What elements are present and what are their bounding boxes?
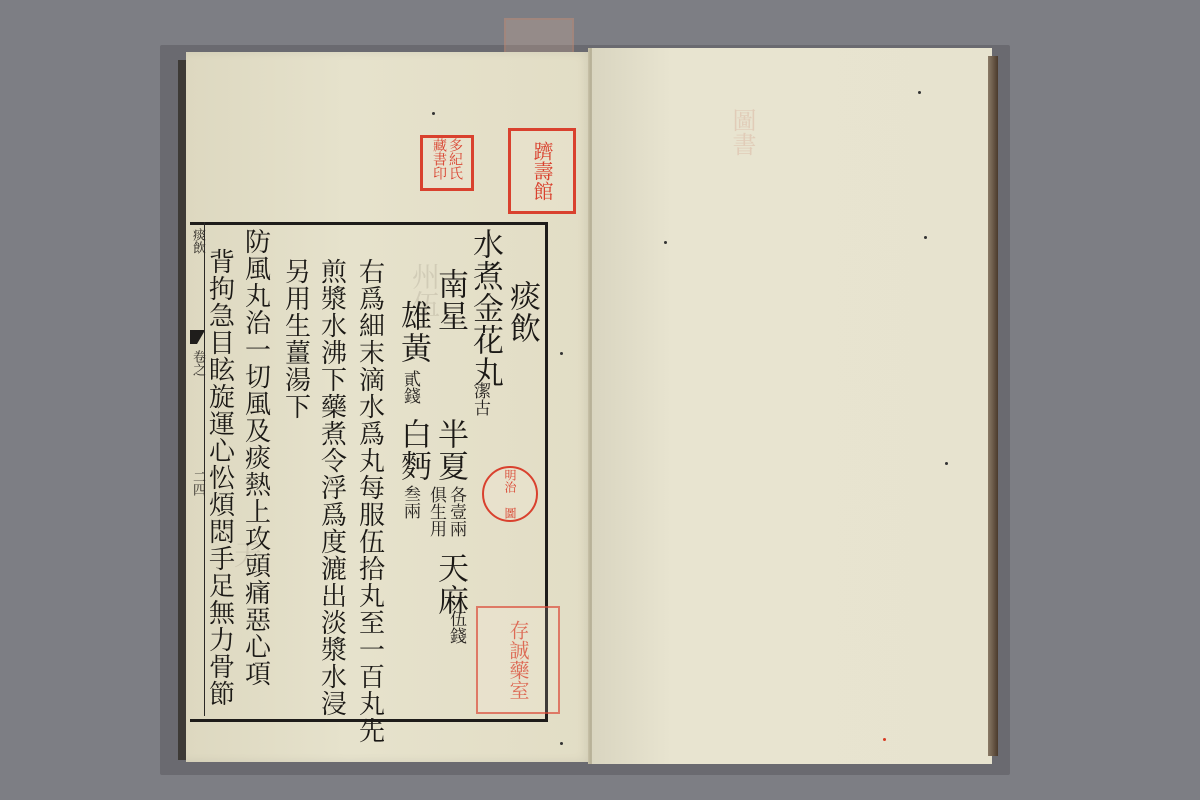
paper-speck <box>664 241 667 244</box>
paper-speck <box>945 462 948 465</box>
recipe-name: 水煮金花丸 <box>468 228 502 388</box>
seal-square-2: 躋壽館 <box>508 128 576 214</box>
fishtail-mark <box>190 332 204 344</box>
instructions-line-1: 右爲細末滴水爲丸每服伍拾丸至一百丸先 <box>356 258 382 744</box>
paper-speck <box>918 91 921 94</box>
right-page <box>592 48 992 764</box>
section-title: 痰飲 <box>505 280 539 344</box>
right-page-offset-seal: 圖書 <box>726 108 758 156</box>
ingredient-baimian: 白麪 <box>396 418 430 482</box>
ingredient-xionghuang-amount: 貳錢 <box>400 370 419 404</box>
instructions-line-3: 另用生薑湯下 <box>282 258 308 420</box>
ingredient-banxia: 半夏 <box>433 418 467 482</box>
ingredient-nanxing: 南星 <box>433 268 467 332</box>
ingredient-tianma-amount: 伍錢 <box>446 610 465 644</box>
paper-speck <box>560 742 563 745</box>
right-cover-edge <box>988 56 998 756</box>
block-heart-page: 二四 <box>190 470 204 496</box>
paper-speck <box>432 112 435 115</box>
seal-round: 明治 圖 <box>482 466 538 522</box>
seal-square-1: 多紀氏藏書印 <box>420 135 474 191</box>
paper-speck <box>560 352 563 355</box>
ingredient-xionghuang: 雄黃 <box>396 300 430 364</box>
ingredient-banxia-note: 俱生用 <box>426 486 445 537</box>
ingredient-banxia-amount: 各壹兩 <box>446 486 465 537</box>
paper-speck <box>924 236 927 239</box>
block-heart <box>190 222 205 716</box>
seal-square-bottom: 存誠藥室 <box>476 606 560 714</box>
block-heart-title: 痰飲 <box>190 228 204 254</box>
recipe-source-note: 潔古 <box>470 382 489 416</box>
ingredient-tianma: 天麻 <box>433 552 467 616</box>
ingredient-baimian-amount: 叁兩 <box>400 485 419 519</box>
paper-speck-red <box>883 738 886 741</box>
block-heart-volume: 卷之 <box>190 350 204 376</box>
recipe-2-line-2: 背拘急目眩旋運心忪煩悶手足無力骨節 <box>206 248 232 707</box>
recipe-2-line-1: 防風丸治一切風及痰熱上攻頭痛惡心項 <box>242 228 269 687</box>
instructions-line-2: 煎漿水沸下藥煮令浮爲度漉出淡漿水浸 <box>318 258 344 717</box>
